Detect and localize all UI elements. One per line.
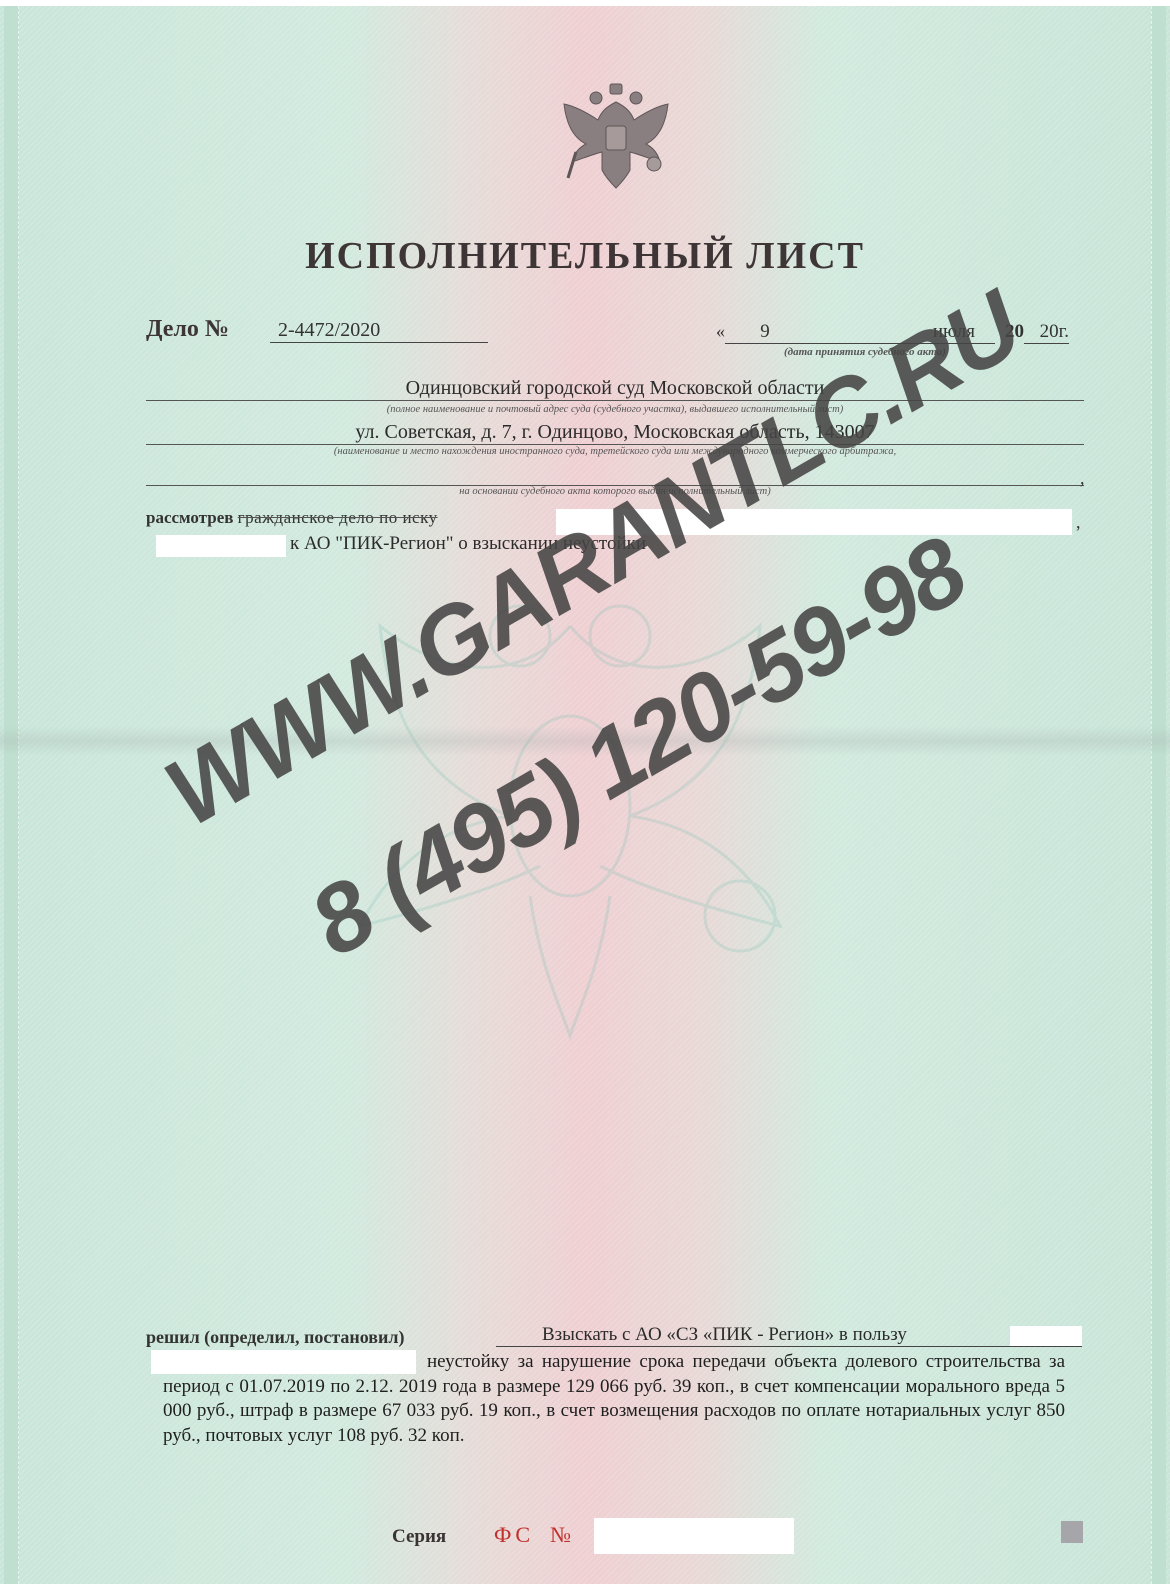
considered-text: гражданское дело по иску [238,508,438,527]
series-code: ФС [494,1522,534,1548]
redacted-plaintiff-line2 [156,535,286,557]
decided-label: решил (определил, постановил) [146,1327,405,1348]
series-label: Серия [392,1526,446,1548]
writ-of-execution-sheet: ИСПОЛНИТЕЛЬНЫЙ ЛИСТ Дело № 2-4472/2020 «… [0,6,1170,1584]
russian-coat-of-arms-icon [556,82,676,192]
considered-comma: , [1076,512,1081,533]
gray-marker-square [1061,1521,1083,1543]
case-label: Дело № [146,316,229,343]
document-title: ИСПОЛНИТЕЛЬНЫЙ ЛИСТ [0,234,1170,278]
redacted-beneficiary [1010,1326,1082,1346]
decided-body: неустойку за нарушение срока передачи об… [163,1350,1065,1448]
considered-label: рассмотрев [146,508,233,527]
redacted-series-number [594,1518,794,1554]
date-open-quote: « [716,321,725,341]
case-number: 2-4472/2020 [270,319,488,343]
series-number-sign: № [550,1522,571,1548]
considered-line: рассмотрев гражданское дело по иску [146,508,438,528]
court-address: ул. Советская, д. 7, г. Одинцово, Москов… [146,421,1084,445]
date-year: 20г. [1024,321,1069,344]
foreign-court-caption: (наименование и место нахождения иностра… [146,446,1084,457]
date-day: 9 [725,321,805,344]
decided-first-line: Взыскать с АО «СЗ «ПИК - Регион» в польз… [496,1324,1082,1347]
